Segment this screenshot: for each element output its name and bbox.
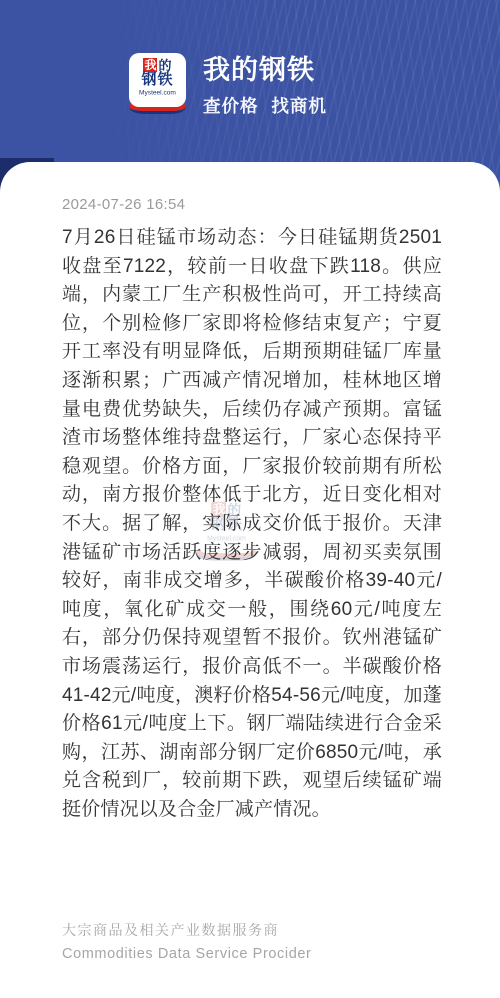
logo-card: 我 的 钢铁 Mysteel.com (129, 53, 186, 107)
brand-title-block: 我的钢铁 查价格 找商机 (203, 55, 327, 118)
brand-tagline: 查价格 找商机 (203, 93, 327, 118)
logo-char-de: 的 (158, 59, 171, 72)
footer-slogan-zh: 大宗商品及相关产业数据服务商 (62, 920, 311, 940)
footer: 大宗商品及相关产业数据服务商 Commodities Data Service … (62, 920, 311, 962)
logo-char-wo: 我 (143, 58, 157, 72)
mysteel-logo-icon: 我 的 钢铁 Mysteel.com (129, 53, 186, 114)
article-timestamp: 2024-07-26 16:54 (62, 196, 442, 213)
logo-char-gangtie: 钢铁 (141, 72, 173, 89)
article-card: 我 的 钢铁 Mysteel.com 2024-07-26 16:54 7月26… (0, 162, 500, 998)
brand-title: 我的钢铁 (203, 55, 327, 86)
header-brand: 我 的 钢铁 Mysteel.com 我的钢铁 查价格 找商机 (129, 49, 327, 118)
logo-domain-text: Mysteel.com (139, 89, 176, 96)
footer-slogan-en: Commodities Data Service Procider (62, 946, 311, 962)
logo-row1: 我 的 (143, 58, 171, 72)
share-card-screen: 我 的 钢铁 Mysteel.com 我的钢铁 查价格 找商机 我 的 (0, 0, 500, 998)
article-body-text: 7月26日硅锰市场动态：今日硅锰期货2501收盘至7122，较前一日收盘下跌11… (62, 224, 442, 824)
